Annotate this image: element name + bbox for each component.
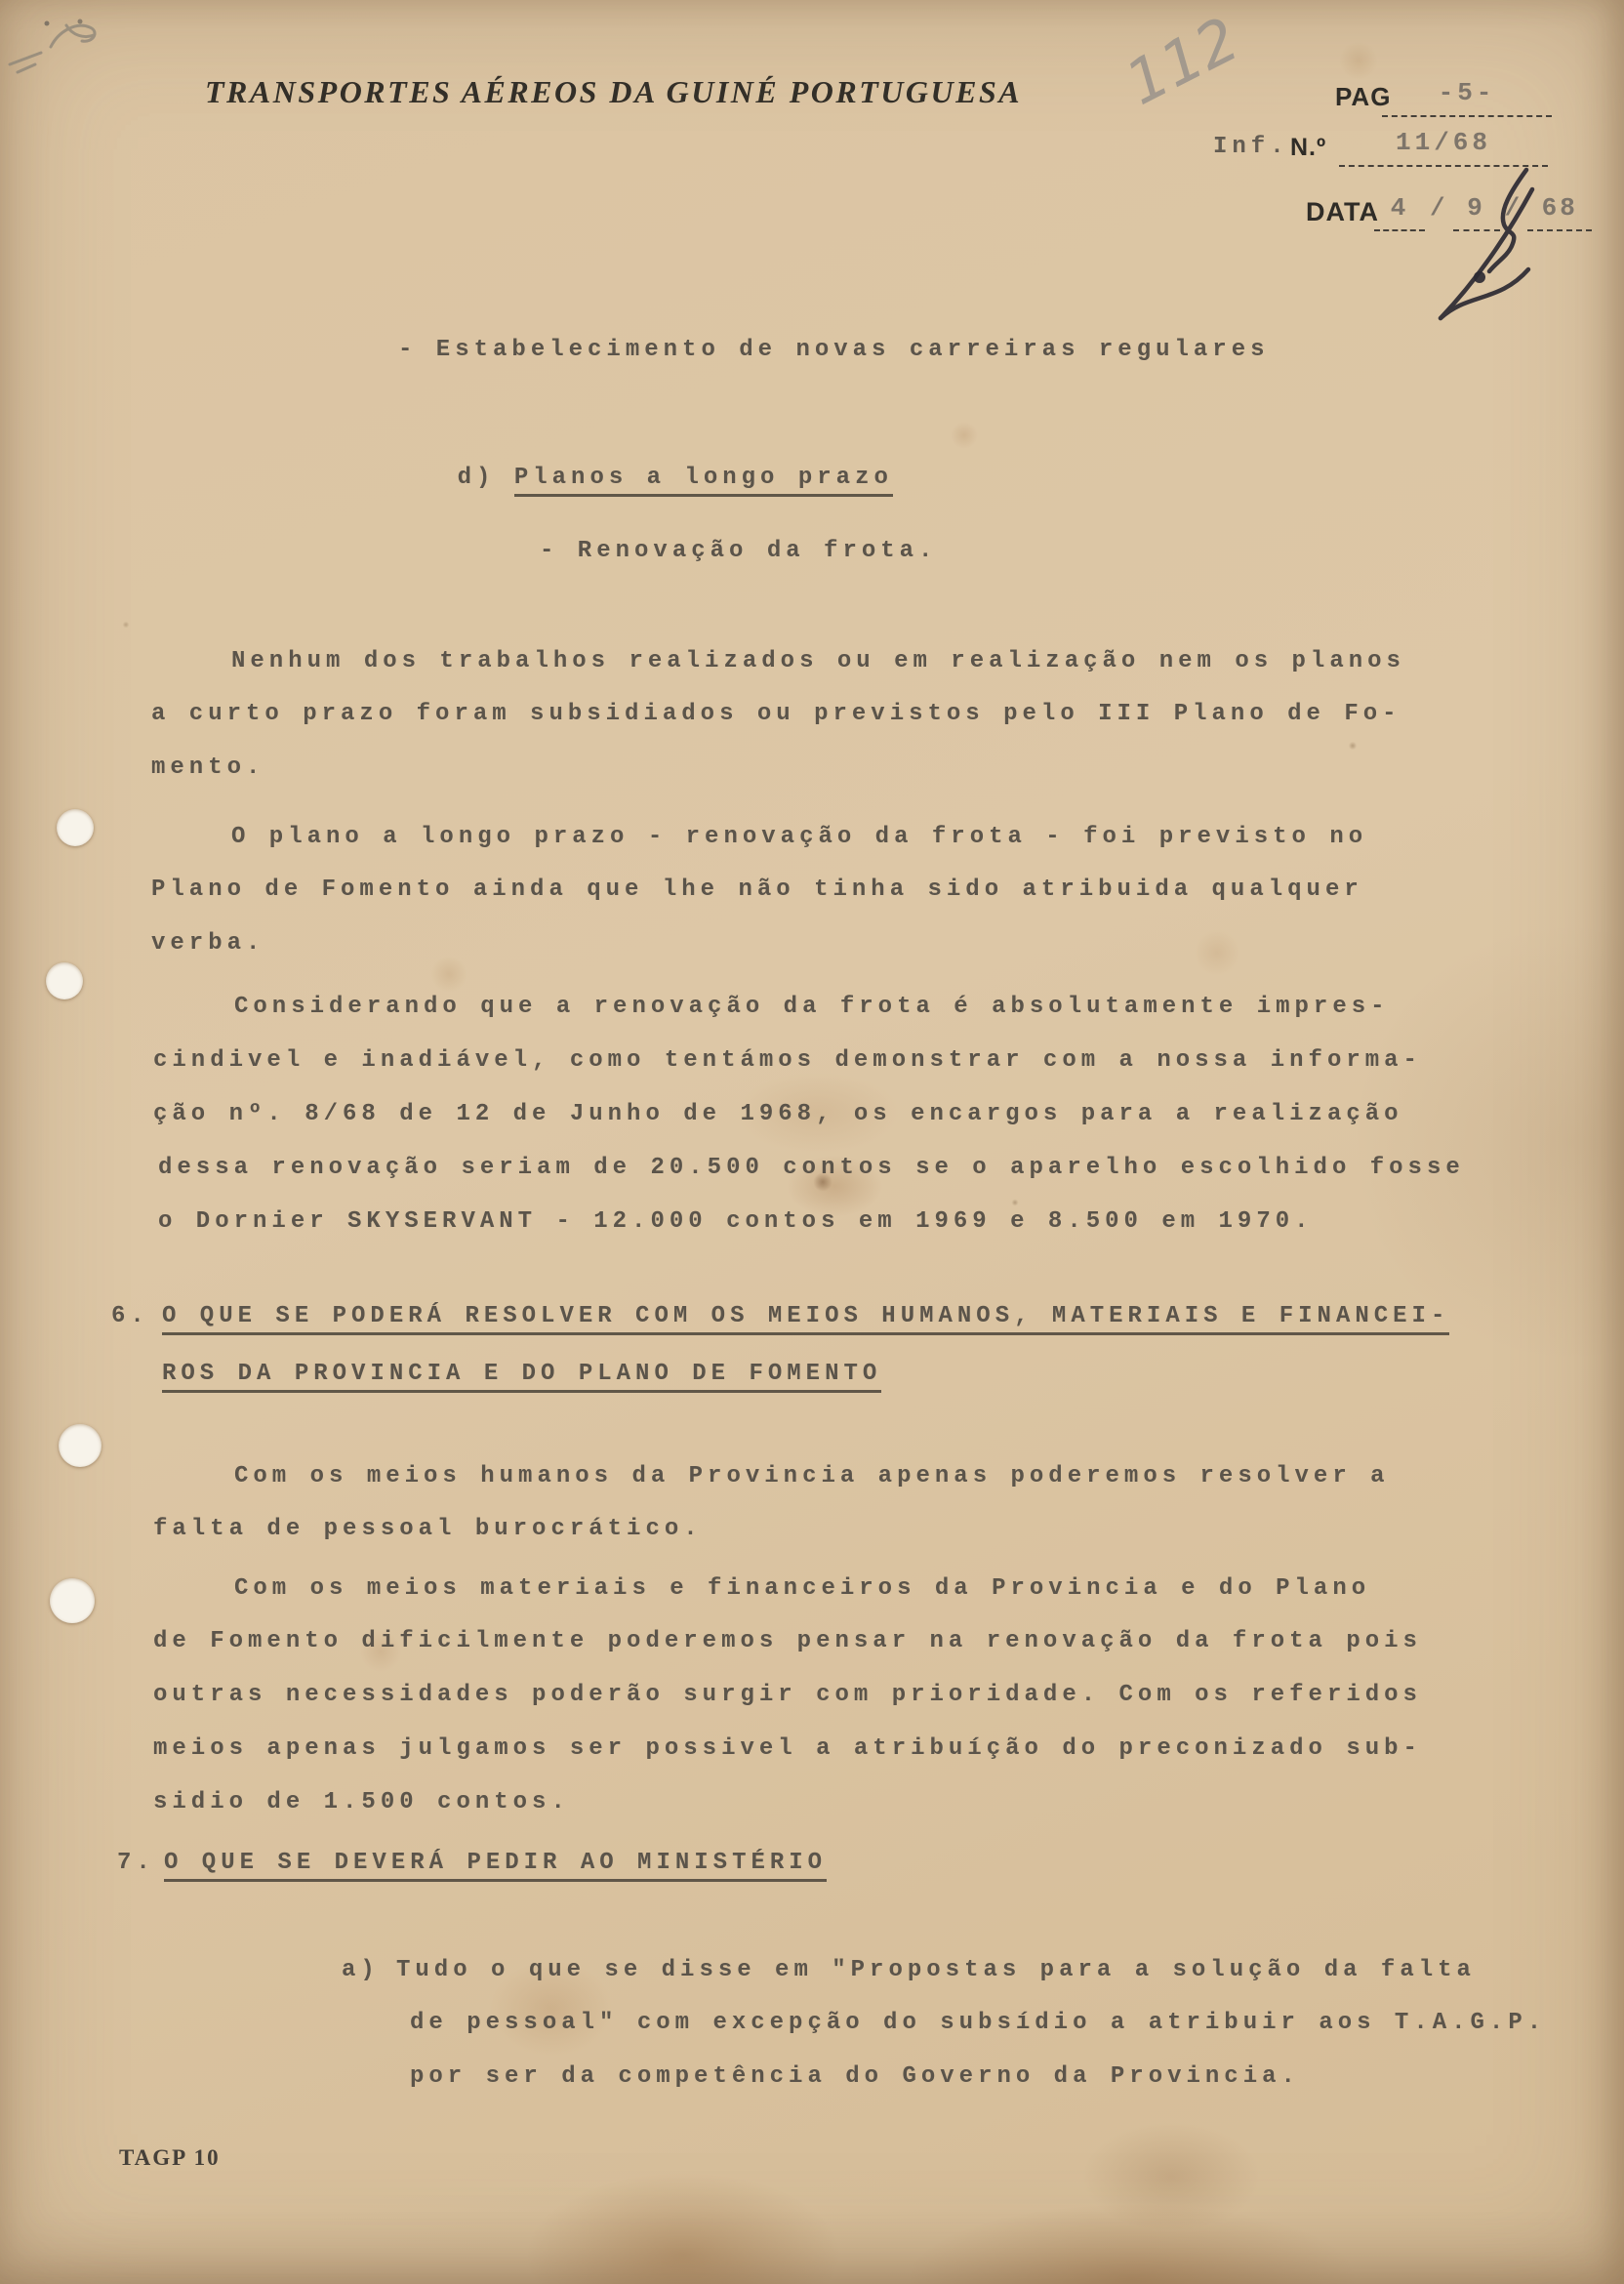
section-7-number: 7. [117,1849,155,1878]
item-d-label: d) [458,465,514,491]
pag-value: -5- [1382,78,1552,117]
date-year: 68 [1527,193,1592,231]
date-separator: / [1500,193,1528,223]
date-field: 4/9/68 [1374,193,1592,231]
paragraph-2-line: Plano de Fomento ainda que lhe não tinha… [151,876,1363,905]
date-day: 4 [1374,193,1425,231]
paragraph-3-line: Considerando que a renovação da frota é … [234,993,1390,1022]
section-6-heading-line-2: ROS DA PROVINCIA E DO PLANO DE FOMENTO [162,1360,881,1389]
punch-hole [59,1424,101,1467]
pencil-scribble [2,4,148,92]
section-6-number: 6. [111,1302,149,1331]
paragraph-5-line: meios apenas julgamos ser possivel a atr… [153,1734,1422,1764]
item-a-line: Tudo o que se disse em "Propostas para a… [396,1956,1476,1985]
inf-value: 11/68 [1339,128,1548,167]
punch-hole [46,962,83,999]
item-d-title: Planos a longo prazo [514,465,893,497]
paragraph-4-line: Com os meios humanos da Provincia apenas… [234,1462,1390,1491]
paragraph-3-line: dessa renovação seriam de 20.500 contos … [158,1154,1465,1183]
paragraph-4-line: falta de pessoal burocrático. [153,1515,703,1544]
section-7-heading-text: O QUE SE DEVERÁ PEDIR AO MINISTÉRIO [164,1850,827,1882]
data-label: DATA [1306,197,1379,227]
inf-no-label: N.º [1290,134,1326,162]
body-line-bullet2: - Renovação da frota. [540,537,937,566]
paragraph-5-line: de Fomento dificilmente poderemos pensar… [153,1627,1422,1656]
paragraph-1-line: a curto prazo foram subsidiados ou previ… [151,700,1401,729]
item-a-line: de pessoal" com excepção do subsídio a a… [410,2009,1546,2038]
form-code: TAGP 10 [119,2145,221,2171]
date-month: 9 [1453,193,1500,231]
item-a-label: a) [342,1956,380,1985]
paragraph-1-line: mento. [151,754,264,783]
document-title: TRANSPORTES AÉREOS DA GUINÉ PORTUGUESA [205,74,1022,110]
body-line-bullet1: - Estabelecimento de novas carreiras reg… [398,336,1270,365]
punch-hole [50,1578,95,1623]
item-d-heading: d) Planos a longo prazo [382,434,893,522]
document-page: TRANSPORTES AÉREOS DA GUINÉ PORTUGUESA 1… [0,0,1624,2284]
paragraph-2-line: O plano a longo prazo - renovação da fro… [231,823,1367,852]
signature-mark [1417,164,1544,330]
paragraph-2-line: verba. [151,929,264,958]
paragraph-5-line: sidio de 1.500 contos. [153,1788,570,1817]
paragraph-1-line: Nenhum dos trabalhos realizados ou em re… [231,647,1405,676]
paragraph-3-line: ção nº. 8/68 de 12 de Junho de 1968, os … [153,1100,1403,1129]
date-separator: / [1425,193,1453,223]
paragraph-5-line: Com os meios materiais e financeiros da … [234,1574,1370,1604]
inf-label: Inf. [1213,133,1289,162]
paragraph-5-line: outras necessidades poderão surgir com p… [153,1681,1422,1710]
paragraph-3-line: o Dornier SKYSERVANT - 12.000 contos em … [158,1207,1314,1237]
section-6-heading-line-1: O QUE SE PODERÁ RESOLVER COM OS MEIOS HU… [162,1302,1449,1331]
section-6-heading-text-2: ROS DA PROVINCIA E DO PLANO DE FOMENTO [162,1361,881,1393]
section-7-heading-line: O QUE SE DEVERÁ PEDIR AO MINISTÉRIO [164,1849,827,1878]
handwritten-page-number: 112 [1115,3,1250,119]
section-6-heading-text-1: O QUE SE PODERÁ RESOLVER COM OS MEIOS HU… [162,1303,1449,1335]
item-a-line: por ser da competência do Governo da Pro… [410,2062,1300,2092]
punch-hole [57,809,94,846]
paragraph-3-line: cindivel e inadiável, como tentámos demo… [153,1046,1422,1076]
